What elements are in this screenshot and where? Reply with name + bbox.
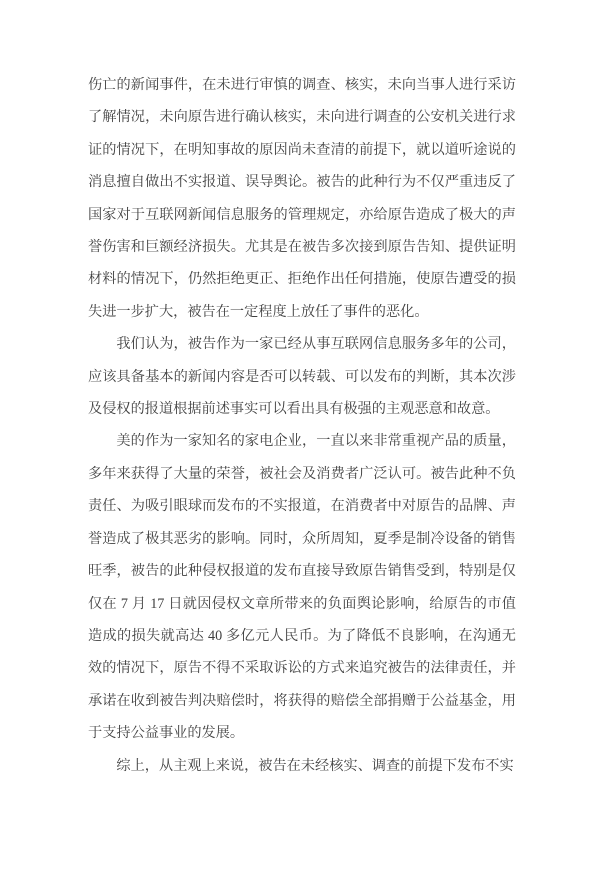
document-body: 伤亡的新闻事件，在未进行审慎的调查、核实，未向当事人进行采访了解情况，未向原告进… bbox=[88, 69, 516, 782]
paragraph: 伤亡的新闻事件，在未进行审慎的调查、核实，未向当事人进行采访了解情况，未向原告进… bbox=[88, 69, 516, 328]
paragraph: 综上，从主观上来说，被告在未经核实、调查的前提下发布不实 bbox=[88, 750, 516, 782]
paragraph: 美的作为一家知名的家电企业，一直以来非常重视产品的质量，多年来获得了大量的荣誉，… bbox=[88, 425, 516, 749]
document-page: 伤亡的新闻事件，在未进行审慎的调查、核实，未向当事人进行采访了解情况，未向原告进… bbox=[0, 0, 600, 869]
paragraph: 我们认为，被告作为一家已经从事互联网信息服务多年的公司，应该具备基本的新闻内容是… bbox=[88, 328, 516, 425]
